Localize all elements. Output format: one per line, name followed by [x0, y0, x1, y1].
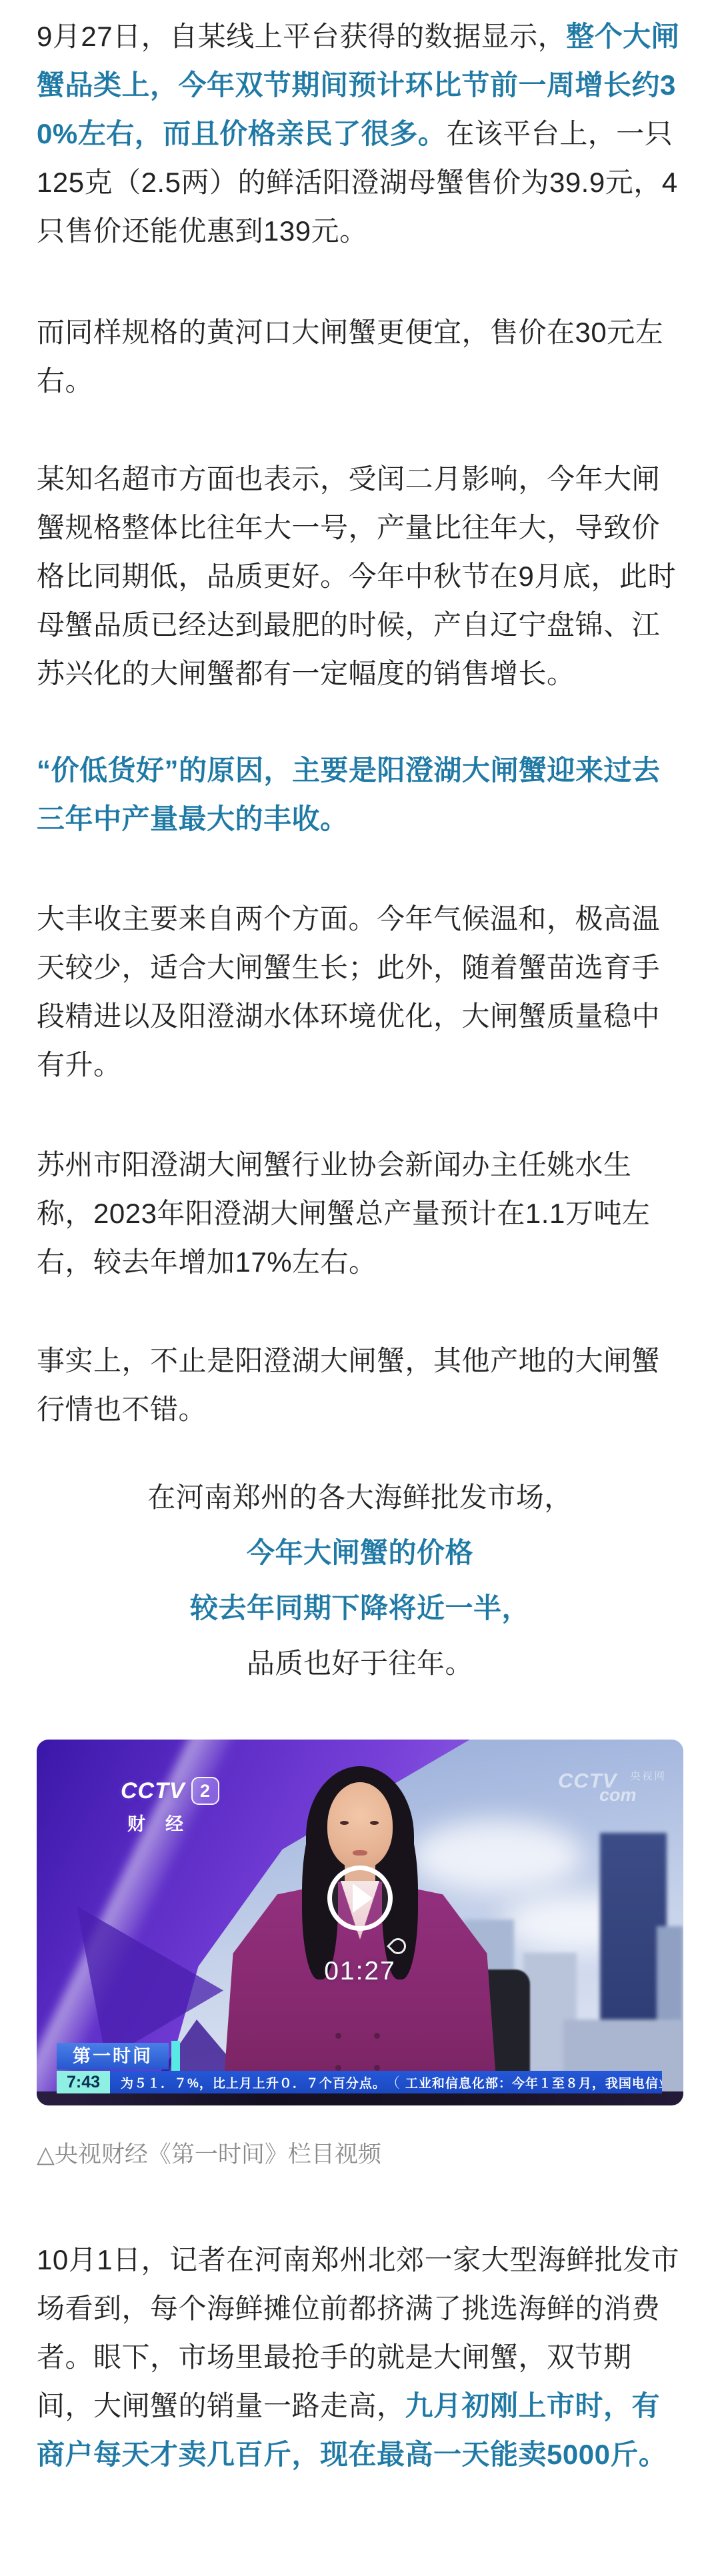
- ticker-separator: （: [386, 2072, 400, 2092]
- text-run: 9月27日，自某线上平台获得的数据显示，: [37, 21, 566, 52]
- paragraph-7: 事实上，不止是阳澄湖大闸蟹，其他产地的大闸蟹行情也不错。: [37, 1336, 683, 1434]
- video-caption: △央视财经《第一时间》栏目视频: [37, 2138, 683, 2171]
- anchor-lips: [353, 1850, 367, 1856]
- cctv-wordmark: CCTV: [121, 1778, 185, 1804]
- video-duration: 01:27: [37, 1957, 683, 1986]
- paragraph-1: 9月27日，自某线上平台获得的数据显示，整个大闸蟹品类上，今年双节期间预计环比节…: [37, 12, 683, 255]
- center-line-4: 品质也好于往年。: [37, 1636, 683, 1691]
- anchor-face: [327, 1782, 393, 1869]
- blazer-button: [374, 2065, 380, 2071]
- center-line-1: 在河南郑州的各大海鲜批发市场，: [37, 1470, 683, 1525]
- paragraph-4-highlight: “价低货好”的原因，主要是阳澄湖大闸蟹迎来过去三年中产量最大的丰收。: [37, 746, 683, 843]
- article-body: 9月27日，自某线上平台获得的数据显示，整个大闸蟹品类上，今年双节期间预计环比节…: [0, 0, 720, 2479]
- ticker-headline-left: 为５１．７%，比上月上升０．７个百分点。: [121, 2073, 386, 2091]
- cctv2-channel-logo: CCTV 2 财经: [121, 1777, 219, 1836]
- studio-desk: [37, 2091, 683, 2105]
- channel-number-badge: 2: [191, 1777, 219, 1805]
- blazer-button: [374, 2033, 380, 2039]
- watermark-com: com: [599, 1785, 671, 1806]
- program-badge: 第一时间: [57, 2043, 180, 2071]
- program-badge-label: 第一时间: [57, 2043, 169, 2069]
- paragraph-3: 某知名超市方面也表示，受闰二月影响，今年大闸蟹规格整体比往年大一号，产量比往年大…: [37, 455, 683, 698]
- paragraph-2: 而同样规格的黄河口大闸蟹更便宜，售价在30元左右。: [37, 308, 683, 405]
- cctv-com-watermark: CCTV 央视网 com: [558, 1769, 671, 1806]
- paragraph-5: 大丰收主要来自两个方面。今年气候温和，极高温天较少，适合大闸蟹生长；此外，随着蟹…: [37, 894, 683, 1089]
- video-player[interactable]: CCTV 2 财经 CCTV 央视网 com 01:27 第一时间 7:43 为…: [37, 1740, 683, 2105]
- anchor-eye: [340, 1821, 349, 1825]
- center-line-2: 今年大闸蟹的价格: [37, 1525, 683, 1580]
- blazer-button: [335, 2033, 341, 2039]
- play-button[interactable]: [327, 1866, 393, 1931]
- ticker-time: 7:43: [57, 2071, 110, 2093]
- blazer-button: [335, 2065, 341, 2071]
- paragraph-8: 10月1日，记者在河南郑州北郊一家大型海鲜批发市场看到，每个海鲜摊位前都挤满了挑…: [37, 2235, 683, 2479]
- anchor-eye: [370, 1821, 379, 1825]
- paragraph-6: 苏州市阳澄湖大闸蟹行业协会新闻办主任姚水生称，2023年阳澄湖大闸蟹总产量预计在…: [37, 1140, 683, 1286]
- center-line-3: 较去年同期下降将近一半，: [37, 1580, 683, 1636]
- watermark-site-name: 央视网: [630, 1768, 666, 1783]
- centered-statement-block: 在河南郑州的各大海鲜批发市场， 今年大闸蟹的价格 较去年同期下降将近一半， 品质…: [37, 1470, 683, 1691]
- program-badge-cyan-bar: [171, 2041, 180, 2071]
- channel-name-label: 财经: [127, 1810, 219, 1836]
- cloud: [410, 1820, 583, 1893]
- play-icon: [353, 1884, 373, 1913]
- ticker-headline-right: 工业和信息化部：今年１至８月，我国电信业务: [405, 2073, 662, 2091]
- news-ticker-bar: 7:43 为５１．７%，比上月上升０．７个百分点。 （ 工业和信息化部：今年１至…: [57, 2071, 662, 2093]
